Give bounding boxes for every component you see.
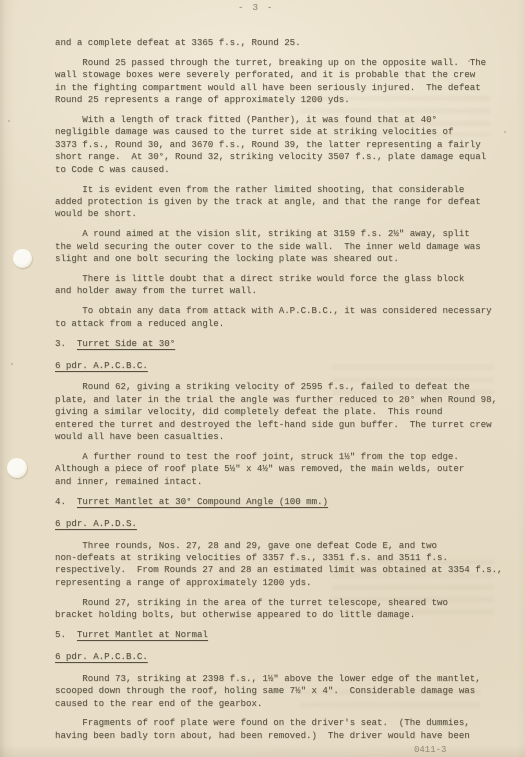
gun-subheading-text: 6 pdr. A.P.C.B.C. bbox=[55, 360, 148, 371]
body-paragraph: and a complete defeat at 3365 f.s., Roun… bbox=[55, 37, 517, 49]
bleedthrough-smudge bbox=[332, 365, 494, 405]
bleedthrough-smudge bbox=[300, 690, 480, 715]
gun-subheading: 6 pdr. A.P.C.B.C. bbox=[55, 651, 517, 663]
gun-subheading: 6 pdr. A.P.D.S. bbox=[55, 518, 517, 530]
gun-subheading-text: 6 pdr. A.P.D.S. bbox=[55, 518, 137, 529]
section-number: 5. bbox=[55, 629, 66, 640]
body-paragraph: A round aimed at the vision slit, striki… bbox=[55, 228, 517, 265]
body-paragraph: There is little doubt that a direct stri… bbox=[55, 273, 517, 298]
page-number: - 3 - bbox=[0, 2, 512, 13]
paper-speck bbox=[8, 120, 10, 122]
punch-hole-top bbox=[13, 249, 32, 268]
paper-speck bbox=[468, 60, 470, 62]
bleedthrough-smudge bbox=[332, 560, 494, 622]
punch-hole-bottom bbox=[7, 458, 27, 478]
paper-speck bbox=[504, 131, 506, 133]
section-heading: 5.Turret Mantlet at Normal bbox=[55, 629, 517, 641]
footer-reference-mark: 0411-3 bbox=[414, 745, 446, 755]
section-title: Turret Mantlet at 30° Compound Angle (10… bbox=[77, 496, 328, 507]
gun-subheading-text: 6 pdr. A.P.C.B.C. bbox=[55, 651, 148, 662]
body-paragraph: To obtain any data from attack with A.P.… bbox=[55, 305, 517, 330]
body-paragraph: Fragments of roof plate were found on th… bbox=[55, 717, 517, 742]
bleedthrough-smudge bbox=[300, 96, 490, 136]
section-title: Turret Side at 30° bbox=[77, 338, 175, 349]
section-number: 4. bbox=[55, 496, 66, 507]
section-heading: 3.Turret Side at 30° bbox=[55, 338, 517, 350]
paper-speck bbox=[11, 363, 13, 365]
section-number: 3. bbox=[55, 338, 66, 349]
scanned-document-page: - 3 - and a complete defeat at 3365 f.s.… bbox=[0, 0, 525, 757]
section-title: Turret Mantlet at Normal bbox=[77, 629, 208, 640]
section-heading: 4.Turret Mantlet at 30° Compound Angle (… bbox=[55, 496, 517, 508]
body-paragraph: It is evident even from the rather limit… bbox=[55, 184, 517, 221]
body-paragraph: A further round to test the roof joint, … bbox=[55, 451, 517, 488]
